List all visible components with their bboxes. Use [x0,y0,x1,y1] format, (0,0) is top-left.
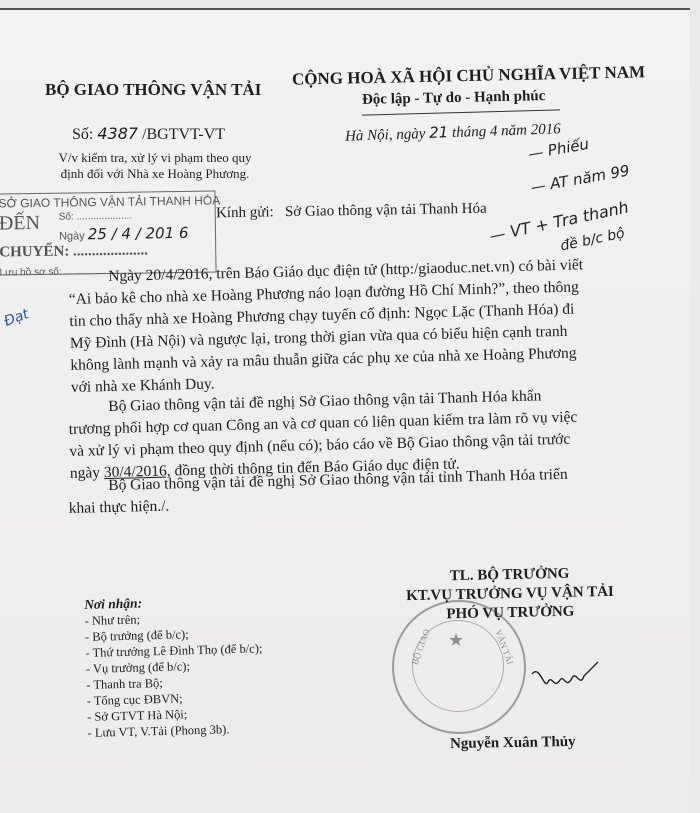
national-motto: Độc lập - Tự do - Hạnh phúc [362,88,546,109]
date-prefix: Hà Nội, ngày [345,126,426,145]
seal-text-right: VẬN TẢI [493,628,515,666]
date-line: Hà Nội, ngày 21 tháng 4 năm 2016 [345,119,561,146]
stamp-chuyen-label: CHUYỂN: .................... [0,242,148,261]
stamp-so-label: Số: .................... [59,211,133,223]
doc-number-label: Số: [72,126,93,143]
doc-number-handwritten: 4387 [97,124,138,143]
salutation-recipient: Sở Giao thông vận tải Thanh Hóa [285,201,487,221]
recipient-item: - Lưu VT, V.Tải (Phong 3b). [87,720,264,741]
salutation: Kính gửi: Sở Giao thông vận tải Thanh Hó… [216,201,487,223]
seal-text-left: BỘ GIAO [410,628,432,666]
signature-scribble [530,660,600,700]
body-paragraph-1: Ngày 20/4/2016, trên Báo Giáo dục điện t… [68,252,691,399]
margin-handwritten-note: Đạt [2,306,31,330]
document-page: BỘ GIAO THÔNG VẬN TẢI Số: 4387 /BGTVT-VT… [0,8,690,813]
handwritten-note: — AT năm 99 [529,161,631,196]
recipients-list: Nơi nhận: - Như trên; - Bộ trưởng (để b/… [84,592,265,741]
date-suffix: tháng 4 năm 2016 [452,121,561,141]
stamp-den-label: ĐẾN [0,212,40,236]
national-title: CỘNG HOÀ XÃ HỘI CHỦ NGHĨA VIỆT NAM [292,62,645,89]
ministry-name: BỘ GIAO THÔNG VẬN TẢI [45,80,261,100]
signature-block: TL. BỘ TRƯỞNG KT.VỤ TRƯỞNG VỤ VẬN TẢI PH… [394,564,625,626]
stamp-ngay-value: 25 / 4 / 201 6 [88,224,189,243]
document-number: Số: 4387 /BGTVT-VT [72,124,225,144]
stamp-agency: SỞ GIAO THÔNG VẬN TẢI THANH HÓA [0,193,220,210]
signer-name: Nguyễn Xuân Thủy [450,734,576,753]
received-stamp: SỞ GIAO THÔNG VẬN TẢI THANH HÓA ĐẾN Số: … [0,190,217,275]
doc-number-suffix: /BGTVT-VT [142,126,225,143]
subject-line: V/v kiểm tra, xử lý vi phạm theo quy địn… [50,150,260,182]
handwritten-note: đề b/c bộ [559,225,626,254]
salutation-label: Kính gửi: [216,204,274,221]
stamp-date: Ngày 25 / 4 / 201 6 [59,224,189,244]
star-icon: ★ [448,630,464,651]
motto-underline [362,109,560,115]
date-day-handwritten: 21 [429,123,449,142]
stamp-ngay-label: Ngày [59,230,85,242]
